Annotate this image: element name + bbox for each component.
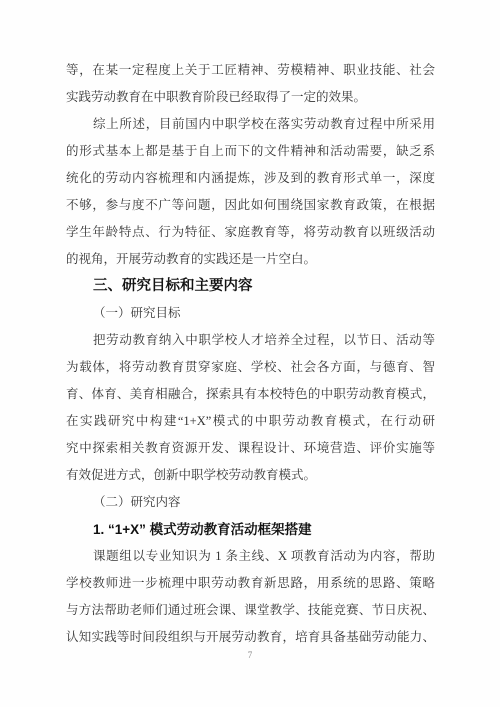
page-number: 7 (0, 648, 500, 662)
text-line: 统化的劳动内容梳理和内涵提炼，涉及到的教育形式单一，深度 (66, 165, 435, 192)
text-line: 等，在某一定程度上关于工匠精神、劳模精神、职业技能、社会 (66, 57, 435, 84)
text-line: 不够，参与度不广等问题，因此如何围绕国家教育政策，在根据 (66, 192, 435, 219)
text-line: 学生年龄特点、行为特征、家庭教育等，将劳动教育以班级活动 (66, 219, 435, 246)
text-line: 究中探索相关教育资源开发、课程设计、环境营造、评价实施等 (66, 435, 435, 462)
document-page: 等，在某一定程度上关于工匠精神、劳模精神、职业技能、社会 实践劳动教育在中职教育… (0, 0, 500, 707)
text-line: 把劳动教育纳入中职学校人才培养全过程，以节日、活动等 (66, 327, 435, 354)
text-line: 实践劳动教育在中职教育阶段已经取得了一定的效果。 (66, 84, 435, 111)
text-line: 为载体，将劳动教育贯穿家庭、学校、社会各方面，与德育、智 (66, 354, 435, 381)
text-line: 在实践研究中构建“1+X”模式的中职劳动教育模式，在行动研 (66, 408, 435, 435)
heading-line: 三、研究目标和主要内容 (66, 273, 435, 300)
heading2-line: 1. “1+X” 模式劳动教育活动框架搭建 (66, 516, 435, 543)
text-line: 课题组以专业知识为 1 条主线、X 项教育活动为内容，帮助 (66, 543, 435, 570)
text-line: 认知实践等时间段组织与开展劳动教育，培育具备基础劳动能力、 (66, 624, 435, 651)
text-line: 有效促进方式，创新中职学校劳动教育模式。 (66, 462, 435, 489)
subheading-line: （一）研究目标 (66, 300, 435, 327)
text-line: 与方法帮助老师们通过班会课、课堂教学、技能竞赛、节日庆祝、 (66, 597, 435, 624)
text-line: 综上所述，目前国内中职学校在落实劳动教育过程中所采用 (66, 111, 435, 138)
text-line: 的视角，开展劳动教育的实践还是一片空白。 (66, 246, 435, 273)
text-line: 育、体育、美育相融合，探索具有本校特色的中职劳动教育模式， (66, 381, 435, 408)
page-body: 等，在某一定程度上关于工匠精神、劳模精神、职业技能、社会 实践劳动教育在中职教育… (66, 57, 435, 651)
text-line: 学校教师进一步梳理中职劳动教育新思路，用系统的思路、策略 (66, 570, 435, 597)
text-line: 的形式基本上都是基于自上而下的文件精神和活动需要，缺乏系 (66, 138, 435, 165)
subheading-line: （二）研究内容 (66, 489, 435, 516)
